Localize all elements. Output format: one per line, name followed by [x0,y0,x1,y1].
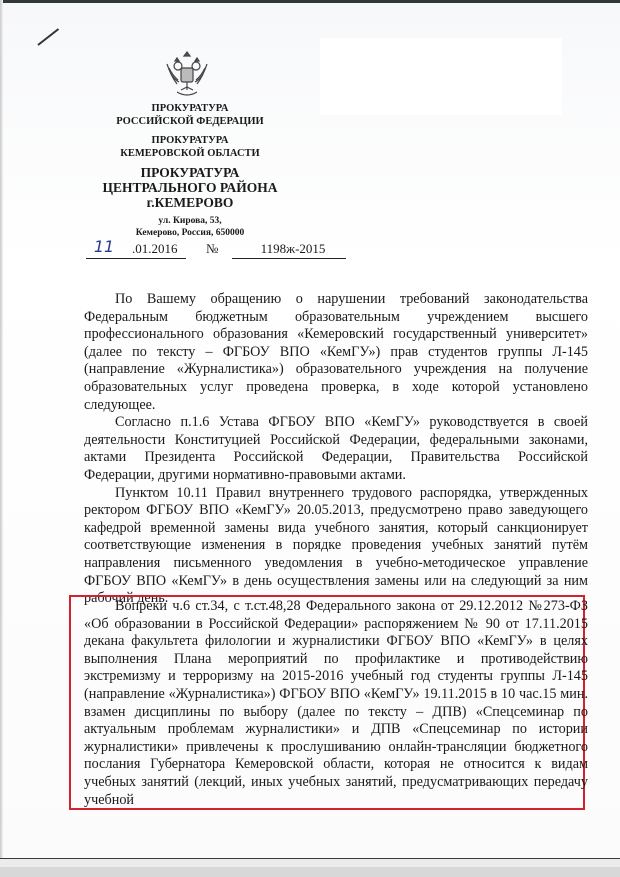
letterhead-line: ПРОКУРАТУРА [100,134,280,147]
date-month-year: .01.2016 [132,241,178,257]
date-underline [86,258,186,259]
letterhead-line: ПРОКУРАТУРА [100,165,280,180]
number-underline [232,258,346,259]
scan-top-edge [0,0,620,3]
highlighted-paragraph: Вопреки ч.6 ст.34, с т.ст.48,28 Федераль… [84,598,588,809]
redacted-recipient-block [320,38,562,115]
pen-stroke-mark [37,28,59,46]
address-line: ул. Кирова, 53, [100,215,280,227]
body-paragraph: Согласно п.1.6 Устава ФГБОУ ВПО «КемГУ» … [84,414,588,484]
address-line: Кемерово, Россия, 650000 [100,227,280,239]
handwritten-day: 11 [86,237,122,256]
letterhead-address: ул. Кирова, 53, Кемерово, Россия, 650000 [100,215,280,239]
letter-body: По Вашему обращению о нарушении требован… [84,291,588,608]
letterhead-line: ПРОКУРАТУРА [100,102,280,115]
number-sign: № [206,241,218,257]
scan-bottom-edge [0,858,620,877]
highlighted-section: Вопреки ч.6 ст.34, с т.ст.48,28 Федераль… [84,598,588,809]
letterhead-line: КЕМЕРОВСКОЙ ОБЛАСТИ [100,147,280,160]
body-paragraph: Пунктом 10.11 Правил внутреннего трудово… [84,485,588,608]
scan-left-edge [0,0,3,877]
body-paragraph: По Вашему обращению о нарушении требован… [84,291,588,414]
letterhead-prosecutor-district: ПРОКУРАТУРА ЦЕНТРАЛЬНОГО РАЙОНА г.КЕМЕРО… [100,165,280,210]
letterhead-prosecutor-rf: ПРОКУРАТУРА РОССИЙСКОЙ ФЕДЕРАЦИИ [100,102,280,128]
letterhead-prosecutor-region: ПРОКУРАТУРА КЕМЕРОВСКОЙ ОБЛАСТИ [100,134,280,160]
letterhead-line: РОССИЙСКОЙ ФЕДЕРАЦИИ [100,115,280,128]
russian-coat-of-arms-icon [163,48,211,98]
letterhead-line: ЦЕНТРАЛЬНОГО РАЙОНА [100,180,280,195]
letterhead-line: г.КЕМЕРОВО [100,195,280,210]
scanned-letter-page: ПРОКУРАТУРА РОССИЙСКОЙ ФЕДЕРАЦИИ ПРОКУРА… [0,0,620,877]
registration-number: 1198ж-2015 [238,241,348,257]
